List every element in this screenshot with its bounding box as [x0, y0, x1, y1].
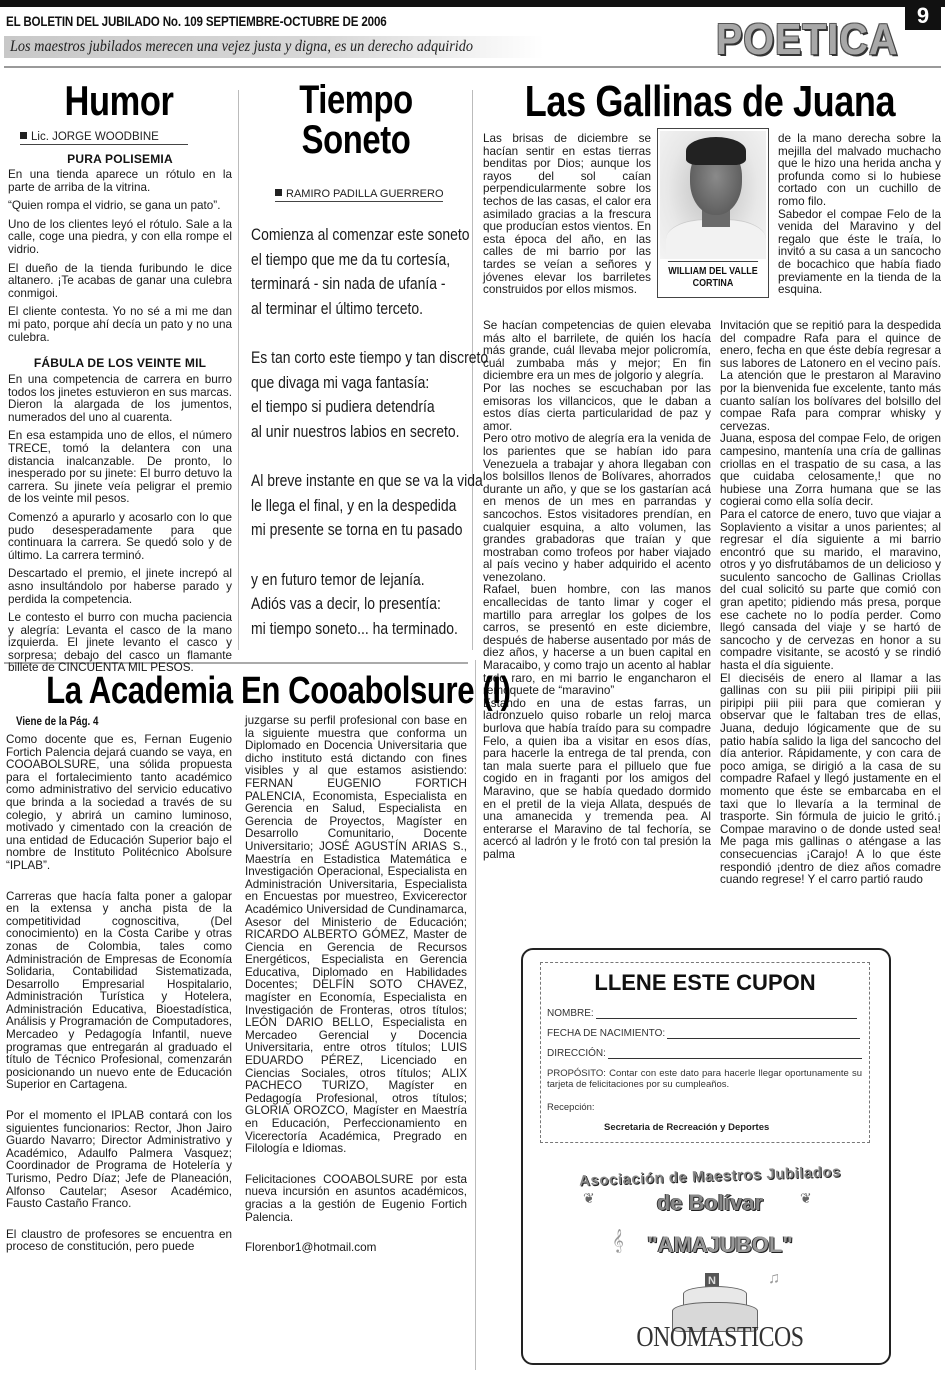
- portrait-image: [660, 131, 766, 259]
- paragraph: Por las noches se escuchaban por las emi…: [483, 383, 711, 433]
- poem: Comienza al comenzar este soneto el tiem…: [251, 223, 488, 666]
- paragraph: Como docente que es, Fernan Eugenio Fort…: [6, 734, 232, 873]
- paragraph: Para el catorce de enero, tuvo que viaja…: [720, 509, 941, 673]
- poem-line: terminará - sin nada de ufanía -: [251, 272, 488, 297]
- bullet-square-icon: [275, 189, 282, 196]
- paragraph: Carreras que hacía falta poner a galopar…: [6, 891, 232, 1093]
- field-line[interactable]: [608, 1049, 862, 1059]
- fecha-nacimiento-field[interactable]: FECHA DE NACIMIENTO:: [547, 1028, 860, 1039]
- paragraph: El dieciséis de enero al llamar a las ga…: [720, 673, 941, 887]
- association-region: de Bolívar: [600, 1190, 820, 1216]
- author-email[interactable]: Florenbor1@hotmail.com: [245, 1242, 467, 1255]
- academia-col2: juzgarse su perfil profesional con base …: [245, 715, 467, 1273]
- paragraph: Se hacían competencias de quien elevaba …: [483, 320, 711, 383]
- paragraph: “Quien rompa el vidrio, se gana un pato”…: [8, 200, 232, 213]
- poem-line: Al breve instante en que se va la vida: [251, 469, 488, 494]
- field-line[interactable]: [596, 1009, 857, 1019]
- music-note-icon: ♫: [768, 1270, 780, 1288]
- paragraph: Felicitaciones COOABOLSURE por esta nuev…: [245, 1174, 467, 1224]
- poem-line: mi presente se torna en tu pasado: [251, 518, 488, 543]
- academia-col1: Como docente que es, Fernan Eugenio Fort…: [6, 734, 232, 1272]
- header-rule: [4, 66, 941, 68]
- paragraph: El dueño de la tienda furibundo le dice …: [8, 263, 232, 301]
- paragraph: El claustro de profesores se encuentra e…: [6, 1229, 232, 1254]
- paragraph: Pero otro motivo de alegría era la venid…: [483, 433, 711, 584]
- byline-text: Lic. JORGE WOODBINE: [31, 131, 159, 143]
- paragraph: Las brisas de diciembre se hacían sentir…: [483, 133, 651, 297]
- field-label: FECHA DE NACIMIENTO:: [547, 1028, 665, 1039]
- grapes-icon: ❦: [583, 1190, 595, 1207]
- caption-line: CORTINA: [668, 277, 758, 289]
- header-top-bar: [0, 0, 945, 7]
- paragraph: El cliente contesta. Yo no sé a mi me da…: [8, 306, 232, 344]
- poem-line: el tiempo si pudiera detendría: [251, 395, 488, 420]
- paragraph: Le contesto el burro con mucha paciencia…: [8, 612, 232, 675]
- paragraph: En esa estampida uno de ellos, el número…: [8, 430, 232, 506]
- soneto-byline: RAMIRO PADILLA GUERRERO: [275, 188, 443, 202]
- story-body: En una competencia de carrera en burro t…: [8, 374, 232, 681]
- gallinas-col2: Invitación que se repitió para la desped…: [720, 320, 941, 887]
- story-title: FÁBULA DE LOS VEINTE MIL: [8, 356, 232, 370]
- bullet-square-icon: [20, 132, 27, 139]
- paragraph: Juana, esposa del compae Felo, de origen…: [720, 433, 941, 509]
- stanza: Al breve instante en que se va la vida l…: [251, 469, 488, 543]
- treble-clef-icon: 𝄞: [612, 1230, 624, 1253]
- poem-line: Es tan corto este tiempo y tan discreto: [251, 346, 488, 371]
- field-line[interactable]: [667, 1029, 860, 1039]
- byline-text: RAMIRO PADILLA GUERRERO: [286, 188, 444, 200]
- paragraph: de la mano derecha sobre la mejilla del …: [778, 133, 941, 209]
- gallinas-col2-wrap: de la mano derecha sobre la mejilla del …: [778, 133, 941, 297]
- poem-line: le llega el final, y en la despedida: [251, 494, 488, 519]
- column-divider: [475, 660, 476, 1370]
- poem-line: Adiós vas a decir, lo presentía:: [251, 592, 488, 617]
- page-number: 9: [905, 0, 941, 30]
- poem-line: que divaga mi vaga fantasía:: [251, 371, 488, 396]
- paragraph: Uno de los clientes leyó el rótulo. Sale…: [8, 219, 232, 257]
- humor-title: Humor: [21, 76, 216, 126]
- direccion-field[interactable]: DIRECCIÓN:: [547, 1048, 862, 1059]
- poem-line: el tiempo que me da tu cortesía,: [251, 248, 488, 273]
- paragraph: Descartado el premio, el jinete increpó …: [8, 568, 232, 606]
- poem-line: al unir nuestros labios en secreto.: [251, 420, 488, 445]
- paragraph: juzgarse su perfil profesional con base …: [245, 715, 467, 1156]
- poem-line: y en futuro temor de lejanía.: [251, 568, 488, 593]
- poem-line: mi tiempo soneto... ha terminado.: [251, 617, 488, 642]
- poem-line: Comienza al comenzar este soneto: [251, 223, 488, 248]
- academia-title: La Academia En Cooabolsure (I): [46, 668, 430, 714]
- gallinas-col1-wrap: Las brisas de diciembre se hacían sentir…: [483, 133, 651, 297]
- section-title: POETICA: [716, 16, 898, 64]
- coupon-purpose: PROPÓSITO: Contar con este dato para hac…: [547, 1068, 862, 1090]
- poem-line: al terminar el último terceto.: [251, 297, 488, 322]
- humor-byline: Lic. JORGE WOODBINE: [20, 131, 188, 145]
- stanza: Comienza al comenzar este soneto el tiem…: [251, 223, 488, 321]
- paragraph: Invitación que se repitió para la desped…: [720, 320, 941, 433]
- caption-line: WILLIAM DEL VALLE: [668, 265, 758, 277]
- column-divider: [238, 90, 239, 650]
- association-acronym: "AMAJUBOL": [625, 1232, 815, 1258]
- paragraph: En una tienda aparece un rótulo en la pa…: [8, 169, 232, 194]
- tagline: Los maestros jubilados merecen una vejez…: [10, 38, 473, 56]
- gallinas-title: Las Gallinas de Juana: [521, 78, 898, 126]
- paragraph: En una competencia de carrera en burro t…: [8, 374, 232, 424]
- stanza: y en futuro temor de lejanía. Adiós vas …: [251, 568, 488, 642]
- field-label: NOMBRE:: [547, 1008, 594, 1019]
- stanza: Es tan corto este tiempo y tan discreto …: [251, 346, 488, 444]
- story-body: En una tienda aparece un rótulo en la pa…: [8, 169, 232, 350]
- gallinas-col1: Se hacían competencias de quien elevaba …: [483, 320, 711, 862]
- paragraph: Sabedor el compae Felo de la venida del …: [778, 209, 941, 297]
- continued-from-link[interactable]: Viene de la Pág. 4: [16, 716, 98, 728]
- onomasticos-label: ONOMASTICOS: [618, 1322, 822, 1354]
- author-photo: WILLIAM DEL VALLE CORTINA: [657, 128, 769, 298]
- paragraph: Rafael, buen hombre, con las manos encal…: [483, 584, 711, 697]
- soneto-title-line2: Soneto: [261, 120, 451, 160]
- paragraph: Por el momento el IPLAB contará con los …: [6, 1110, 232, 1211]
- field-label: DIRECCIÓN:: [547, 1048, 606, 1059]
- photo-caption: WILLIAM DEL VALLE CORTINA: [668, 261, 758, 289]
- soneto-title-line1: Tiempo: [261, 80, 451, 120]
- paragraph: Comenzó a apurarlo y acosarlo con lo que…: [8, 512, 232, 562]
- masthead: EL BOLETIN DEL JUBILADO No. 109 SEPTIEMB…: [6, 14, 387, 29]
- paragraph: Estando en una de estas farras, un ladro…: [483, 698, 711, 862]
- story-title: PURA POLISEMIA: [8, 152, 232, 166]
- nombre-field[interactable]: NOMBRE:: [547, 1008, 857, 1019]
- coupon-reception: Recepción:: [547, 1102, 595, 1113]
- coupon-department: Secretaria de Recreación y Deportes: [604, 1122, 769, 1133]
- coupon-title: LLENE ESTE CUPON: [540, 970, 870, 996]
